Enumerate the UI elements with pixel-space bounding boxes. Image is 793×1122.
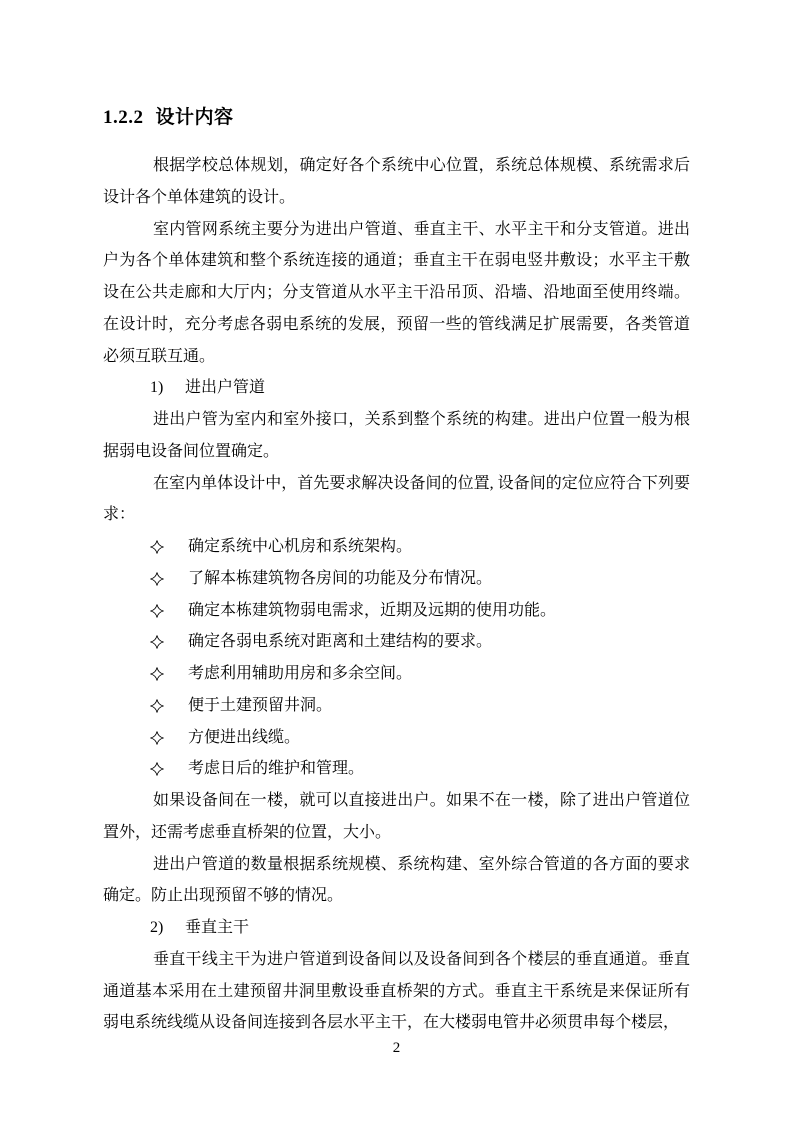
section-title: 设计内容 xyxy=(156,107,234,128)
page-number: 2 xyxy=(393,1040,401,1056)
bullet-list-item: 了解本栋建筑物各房间的功能及分布情况。 xyxy=(103,563,690,595)
paragraph: 如果设备间在一楼，就可以直接进出户。如果不在一楼，除了进出户管道位置外，还需考虑… xyxy=(103,785,690,849)
bullet-list-item: 考虑利用辅助用房和多余空间。 xyxy=(103,658,690,690)
bullet-item-text: 方便进出线缆。 xyxy=(188,729,300,746)
item-label: 垂直主干 xyxy=(185,919,249,936)
item-number: 2) xyxy=(150,912,185,944)
four-pointed-star-icon xyxy=(150,762,164,776)
item-label: 进出户管道 xyxy=(185,379,265,396)
paragraph: 垂直干线主干为进户管道到设备间以及设备间到各个楼层的垂直通道。垂直通道基本采用在… xyxy=(103,944,690,1039)
item-number: 1) xyxy=(150,372,185,404)
four-pointed-star-icon xyxy=(150,731,164,745)
bullet-item-text: 考虑日后的维护和管理。 xyxy=(188,760,364,777)
document-page: 1.2.2设计内容 根据学校总体规划，确定好各个系统中心位置，系统总体规模、系统… xyxy=(0,0,793,1122)
four-pointed-star-icon xyxy=(150,540,164,554)
bullet-list-item: 方便进出线缆。 xyxy=(103,722,690,754)
four-pointed-star-icon xyxy=(150,635,164,649)
bullet-list-item: 便于土建预留井洞。 xyxy=(103,690,690,722)
bullet-item-text: 考虑利用辅助用房和多余空间。 xyxy=(188,665,412,682)
four-pointed-star-icon xyxy=(150,604,164,618)
paragraph: 室内管网系统主要分为进出户管道、垂直主干、水平主干和分支管道。进出户为各个单体建… xyxy=(103,214,690,373)
bullet-item-text: 了解本栋建筑物各房间的功能及分布情况。 xyxy=(188,570,492,587)
section-heading: 1.2.2设计内容 xyxy=(103,105,690,130)
paragraph: 根据学校总体规划，确定好各个系统中心位置，系统总体规模、系统需求后设计各个单体建… xyxy=(103,150,690,214)
bullet-list-item: 确定本栋建筑物弱电需求，近期及远期的使用功能。 xyxy=(103,595,690,627)
bullet-list-item: 确定系统中心机房和系统架构。 xyxy=(103,531,690,563)
bullet-list-item: 确定各弱电系统对距离和土建结构的要求。 xyxy=(103,626,690,658)
bullet-item-text: 便于土建预留井洞。 xyxy=(188,697,332,714)
bullet-item-text: 确定本栋建筑物弱电需求，近期及远期的使用功能。 xyxy=(188,602,556,619)
paragraph: 进出户管道的数量根据系统规模、系统构建、室外综合管道的各方面的要求确定。防止出现… xyxy=(103,849,690,913)
section-number: 1.2.2 xyxy=(103,107,144,128)
paragraph: 进出户管为室内和室外接口，关系到整个系统的构建。进出户位置一般为根据弱电设备间位… xyxy=(103,404,690,468)
paragraph: 在室内单体设计中，首先要求解决设备间的位置, 设备间的定位应符合下列要求： xyxy=(103,468,690,532)
page-footer: 2 xyxy=(0,1038,793,1058)
numbered-subheading: 2)垂直主干 xyxy=(103,912,690,944)
four-pointed-star-icon xyxy=(150,667,164,681)
numbered-subheading: 1)进出户管道 xyxy=(103,372,690,404)
bullet-list-item: 考虑日后的维护和管理。 xyxy=(103,753,690,785)
four-pointed-star-icon xyxy=(150,699,164,713)
bullet-item-text: 确定系统中心机房和系统架构。 xyxy=(188,538,412,555)
document-body: 根据学校总体规划，确定好各个系统中心位置，系统总体规模、系统需求后设计各个单体建… xyxy=(103,150,690,1039)
four-pointed-star-icon xyxy=(150,572,164,586)
bullet-item-text: 确定各弱电系统对距离和土建结构的要求。 xyxy=(188,633,492,650)
